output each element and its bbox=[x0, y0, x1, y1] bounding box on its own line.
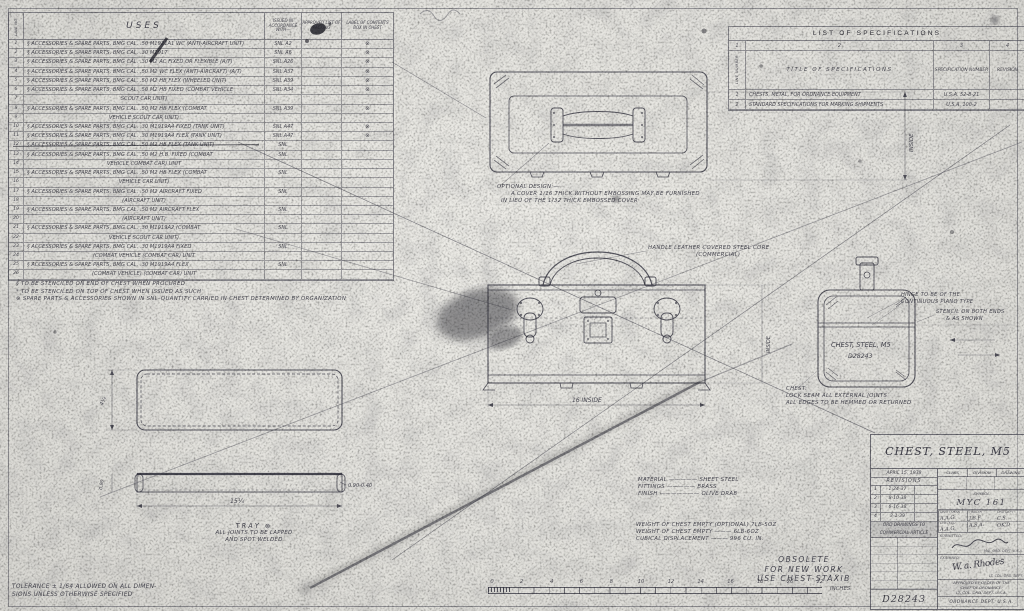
row-snl: SNL A2 bbox=[264, 40, 301, 48]
row-uses-text: (COMBAT VEHICLE (COMBAT CAR) UNIT bbox=[23, 252, 264, 260]
row-label-mark bbox=[341, 95, 393, 103]
row-snl: SNL bbox=[264, 151, 301, 159]
row-approved bbox=[301, 160, 341, 168]
table-row: 13 § ACCESSORIES & SPARE PARTS, BMG CAL.… bbox=[9, 151, 393, 160]
row-label-mark: ⊗ bbox=[341, 86, 393, 94]
row-snl: SNL A39 bbox=[264, 105, 301, 113]
revision-row: 2 8-10-38 bbox=[871, 495, 937, 504]
uses-table-header: LINE NO. USES ISSUED IN ACCORDANCE WITH—… bbox=[9, 13, 393, 40]
row-label-mark bbox=[341, 114, 393, 122]
row-snl bbox=[264, 160, 301, 168]
scale-bar-rule bbox=[488, 587, 822, 594]
row-uses-text: § ACCESSORIES & SPARE PARTS, BMG CAL. .5… bbox=[23, 141, 264, 149]
class-division-drawing-values bbox=[938, 477, 1024, 490]
uses-header: USES bbox=[23, 13, 264, 39]
table-row: 25 § ACCESSORIES & SPARE PARTS, BMG CAL.… bbox=[9, 261, 393, 270]
table-row: 15 § ACCESSORIES & SPARE PARTS, BMG CAL.… bbox=[9, 169, 393, 178]
side-stencil-line2: D28243 bbox=[848, 353, 873, 360]
row-number: 12 bbox=[9, 141, 23, 149]
row-uses-text: VEHICLE SCOUT CAR UNIT) bbox=[23, 114, 264, 122]
row-approved bbox=[301, 243, 341, 251]
row-uses-text: VEHICLE COMBAT CAR) UNIT bbox=[23, 160, 264, 168]
row-approved bbox=[301, 123, 341, 131]
chest-seam-note: CHEST: LOCK SEAM ALL EXTERNAL JOINTS ALL… bbox=[786, 386, 911, 407]
chest-side-view-drawing: CHEST, STEEL, M5 D28243 bbox=[798, 255, 1024, 405]
row-uses-text: VEHICLE CAR UNIT) bbox=[23, 178, 264, 186]
row-approved bbox=[301, 197, 341, 205]
department-label: ORDNANCE DEPT. U.S.A. bbox=[938, 597, 1024, 609]
side-stencil-line1: CHEST, STEEL, M5 bbox=[831, 341, 891, 349]
tolerance-note: TOLERANCE ± 1/64 ALLOWED ON ALL DIMEN- S… bbox=[12, 584, 157, 599]
title-block: CHEST, STEEL, M5 APRIL 15, 1938 REVISION… bbox=[870, 434, 1024, 610]
row-uses-text: § ACCESSORIES & SPARE PARTS, BMG CAL. .3… bbox=[23, 243, 264, 251]
ord-note: ORD DRAWINGS TO COMMERCIAL ARTICLE bbox=[871, 522, 937, 538]
row-number: 17 bbox=[9, 188, 23, 196]
row-number: 16 bbox=[9, 178, 23, 186]
row-number: 25 bbox=[9, 261, 23, 269]
row-label-mark bbox=[341, 169, 393, 177]
table-row: 20 (AIRCRAFT UNIT) bbox=[9, 215, 393, 224]
row-approved bbox=[301, 169, 341, 177]
row-snl bbox=[264, 114, 301, 122]
row-uses-text: § ACCESSORIES & SPARE PARTS, BMG CAL. .3… bbox=[23, 224, 264, 232]
table-row: 10 § ACCESSORIES & SPARE PARTS, BMG CAL.… bbox=[9, 123, 393, 132]
row-snl bbox=[264, 270, 301, 278]
row-number: 5 bbox=[9, 77, 23, 85]
signoff-cells: DRAFTSMAN A.A.G. TRACER J.B.F. ORD DEPT … bbox=[938, 510, 1024, 533]
optional-design-note: OPTIONAL DESIGN:— A COVER 1/16 THICK WIT… bbox=[497, 184, 700, 205]
row-uses-text: § ACCESSORIES & SPARE PARTS, BMG CAL. .3… bbox=[23, 123, 264, 131]
drawing-title: CHEST, STEEL, M5 bbox=[871, 435, 1024, 469]
approved-row: APPROVED BY ORDER OF THE CHIEF OF ORDNAN… bbox=[938, 580, 1024, 597]
spec-col-numbers: 1 2 3 4 bbox=[729, 41, 1024, 51]
row-number: 4 bbox=[9, 68, 23, 76]
row-number: 14 bbox=[9, 160, 23, 168]
row-uses-text: § ACCESSORIES & SPARE PARTS, BMG CAL. .5… bbox=[23, 188, 264, 196]
stencil-ends-note: STENCIL ON BOTH ENDS & AS SHOWN bbox=[936, 309, 1005, 323]
row-snl: SNL bbox=[264, 188, 301, 196]
signoff-cell: TRACER J.B.F. bbox=[967, 510, 996, 521]
row-snl: SNL bbox=[264, 261, 301, 269]
weight-note: WEIGHT OF CHEST EMPTY (OPTIONAL) 7LB-5OZ… bbox=[636, 522, 777, 543]
row-snl: SNL A39 bbox=[264, 77, 301, 85]
row-approved bbox=[301, 206, 341, 214]
row-uses-text: § ACCESSORIES & SPARE PARTS, BMG CAL. .5… bbox=[23, 206, 264, 214]
table-row: 6 § ACCESSORIES & SPARE PARTS, BMG CAL. … bbox=[9, 86, 393, 95]
row-snl: SNL A34 bbox=[264, 86, 301, 94]
row-label-mark: ⊗ bbox=[341, 123, 393, 131]
symbol-label: SYMBOL bbox=[938, 490, 1024, 497]
submitted-row: SUBMITTED: MAJ. ORD. DEPT. U.S.A. bbox=[938, 533, 1024, 555]
row-approved bbox=[301, 252, 341, 260]
row-uses-text: VEHICLE SCOUT CAR UNIT) bbox=[23, 234, 264, 242]
row-uses-text: § ACCESSORIES & SPARE PARTS, BMG CAL. .3… bbox=[23, 58, 264, 66]
drawing-number: D28243 bbox=[871, 590, 937, 609]
revisions-list: 1 1-24-37 2 8-10-38 3 6-16 bbox=[871, 486, 937, 522]
row-label-mark bbox=[341, 151, 393, 159]
row-approved bbox=[301, 49, 341, 57]
tray-width-dim-label: 4¼ bbox=[99, 396, 108, 407]
row-snl bbox=[264, 95, 301, 103]
row-label-mark: ⊗ bbox=[341, 105, 393, 113]
row-uses-text: SCOUT CAR UNIT) bbox=[23, 95, 264, 103]
row-label-mark bbox=[341, 261, 393, 269]
class-division-drawing-header: CLASS DIVISION DRAWING bbox=[938, 469, 1024, 477]
table-row: 7 SCOUT CAR UNIT) bbox=[9, 95, 393, 104]
row-label-mark bbox=[341, 215, 393, 223]
line-col-header: LINE NO. bbox=[14, 17, 19, 36]
tray-height-dim-label: 0.90 bbox=[98, 479, 106, 490]
front-side-dim-label: INSIDE bbox=[766, 335, 772, 353]
row-approved bbox=[301, 68, 341, 76]
row-label-mark bbox=[341, 197, 393, 205]
row-approved bbox=[301, 234, 341, 242]
row-label-mark: ⊗ bbox=[341, 77, 393, 85]
stencil-notes: § TO BE STENCILED ON END OF CHEST WHEN P… bbox=[16, 281, 346, 304]
table-row: 11 § ACCESSORIES & SPARE PARTS, BMG CAL.… bbox=[9, 132, 393, 141]
row-label-mark: ⊗ bbox=[341, 40, 393, 48]
row-label-mark bbox=[341, 160, 393, 168]
revisions-label: REVISIONS bbox=[871, 478, 937, 486]
row-snl: SNL bbox=[264, 169, 301, 177]
signoff-cell: ORD DEPT C.S. bbox=[996, 510, 1024, 521]
row-label-mark bbox=[341, 206, 393, 214]
row-approved bbox=[301, 105, 341, 113]
row-approved bbox=[301, 188, 341, 196]
row-snl: SNL bbox=[264, 141, 301, 149]
drawing-date: APRIL 15, 1938 bbox=[871, 469, 937, 478]
row-number: 10 bbox=[9, 123, 23, 131]
approved-header: APPROVED LIST OF PACKING bbox=[301, 13, 341, 39]
row-approved bbox=[301, 215, 341, 223]
title-block-left: APRIL 15, 1938 REVISIONS 1 1-24-37 2 8-1… bbox=[871, 469, 938, 609]
table-row: 1 § ACCESSORIES & SPARE PARTS, BMG CAL. … bbox=[9, 40, 393, 49]
row-snl: SNL bbox=[264, 224, 301, 232]
row-number: 9 bbox=[9, 114, 23, 122]
table-row: 16 VEHICLE CAR UNIT) bbox=[9, 178, 393, 187]
row-uses-text: § ACCESSORIES & SPARE PARTS, BMG CAL. .5… bbox=[23, 40, 264, 48]
row-snl bbox=[264, 252, 301, 260]
examined-row: EXAMINED: W. a. Rhodes LT. COL. ORD. DEP… bbox=[938, 555, 1024, 580]
row-approved bbox=[301, 224, 341, 232]
row-label-mark bbox=[341, 141, 393, 149]
row-label-mark bbox=[341, 252, 393, 260]
table-row: 14 VEHICLE COMBAT CAR) UNIT bbox=[9, 160, 393, 169]
row-snl bbox=[264, 197, 301, 205]
tray-drawing: 4¼ 15¼ 0.90 0.90-0.40 bbox=[88, 348, 400, 513]
row-uses-text: (AIRCRAFT UNIT) bbox=[23, 197, 264, 205]
row-approved bbox=[301, 132, 341, 140]
row-snl: SNL A6 bbox=[264, 49, 301, 57]
tray-caption: TRAY ⊗ ALL JOINTS TO BE LAPPED AND SPOT … bbox=[198, 523, 310, 544]
revision-row: 4 3-1-39 bbox=[871, 513, 937, 522]
table-row: 8 § ACCESSORIES & SPARE PARTS, BMG CAL. … bbox=[9, 105, 393, 114]
chest-front-view-drawing: 16 INSIDE INSIDE bbox=[440, 233, 785, 418]
table-row: 12 § ACCESSORIES & SPARE PARTS, BMG CAL.… bbox=[9, 141, 393, 150]
row-snl: SNL A47 bbox=[264, 132, 301, 140]
issued-header: ISSUED IN ACCORDANCE WITH— bbox=[264, 13, 301, 39]
row-number: 24 bbox=[9, 252, 23, 260]
row-approved bbox=[301, 86, 341, 94]
row-uses-text: § ACCESSORIES & SPARE PARTS, BMG CAL. .5… bbox=[23, 151, 264, 159]
row-number: 7 bbox=[9, 95, 23, 103]
row-number: 20 bbox=[9, 215, 23, 223]
handle-note: HANDLE LEATHER COVERED STEEL CORE (COMME… bbox=[648, 245, 769, 259]
row-number: 26 bbox=[9, 270, 23, 278]
signoff-cell: DRAFTSMAN A.A.G. bbox=[938, 510, 967, 521]
row-uses-text: (AIRCRAFT UNIT) bbox=[23, 215, 264, 223]
row-number: 23 bbox=[9, 243, 23, 251]
uses-table: LINE NO. USES ISSUED IN ACCORDANCE WITH—… bbox=[8, 12, 394, 281]
row-label-mark bbox=[341, 178, 393, 186]
row-number: 3 bbox=[9, 58, 23, 66]
row-snl: SNL bbox=[264, 243, 301, 251]
row-uses-text: § ACCESSORIES & SPARE PARTS, BMG CAL. .3… bbox=[23, 132, 264, 140]
row-number: 2 bbox=[9, 49, 23, 57]
table-row: 2 § ACCESSORIES & SPARE PARTS, BMG CAL. … bbox=[9, 49, 393, 58]
scale-bar: 0246810121416182022 INCHES bbox=[488, 579, 868, 594]
table-row: 4 § ACCESSORIES & SPARE PARTS, BMG CAL. … bbox=[9, 68, 393, 77]
row-uses-text: § ACCESSORIES & SPARE PARTS, BMG CAL. .3… bbox=[23, 261, 264, 269]
row-label-mark bbox=[341, 224, 393, 232]
scale-unit-label: INCHES bbox=[830, 586, 850, 592]
row-label-mark bbox=[341, 234, 393, 242]
row-approved bbox=[301, 261, 341, 269]
uses-table-body: 1 § ACCESSORIES & SPARE PARTS, BMG CAL. … bbox=[9, 40, 393, 280]
signoff-cell: A.S.A. bbox=[967, 521, 996, 532]
row-label-mark bbox=[341, 188, 393, 196]
row-number: 19 bbox=[9, 206, 23, 214]
row-snl bbox=[264, 178, 301, 186]
table-row: 24 (COMBAT VEHICLE (COMBAT CAR) UNIT bbox=[9, 252, 393, 261]
title-block-right: CLASS DIVISION DRAWING SYMBOL MYC 161 DR… bbox=[938, 469, 1024, 609]
top-view-inside-label: INSIDE bbox=[909, 133, 915, 152]
table-row: 21 § ACCESSORIES & SPARE PARTS, BMG CAL.… bbox=[9, 224, 393, 233]
row-uses-text: § ACCESSORIES & SPARE PARTS, BMG CAL. .5… bbox=[23, 68, 264, 76]
table-row: 5 § ACCESSORIES & SPARE PARTS, BMG CAL. … bbox=[9, 77, 393, 86]
scale-bar-hatch bbox=[488, 587, 510, 592]
row-uses-text: § ACCESSORIES & SPARE PARTS, BMG CAL. .5… bbox=[23, 77, 264, 85]
row-approved bbox=[301, 58, 341, 66]
table-row: 18 (AIRCRAFT UNIT) bbox=[9, 197, 393, 206]
symbol-value: MYC 161 bbox=[938, 497, 1024, 510]
revision-row: 3 6-16-38 bbox=[871, 504, 937, 513]
table-row: 26 (COMBAT VEHICLE) (COMBAT CAR) UNIT bbox=[9, 270, 393, 279]
table-row: 19 § ACCESSORIES & SPARE PARTS, BMG CAL.… bbox=[9, 206, 393, 215]
material-note: MATERIAL ————— SHEET STEEL FITTINGS ————… bbox=[638, 477, 739, 498]
row-label-mark: ⊗ bbox=[341, 68, 393, 76]
row-uses-text: § ACCESSORIES & SPARE PARTS, BMG CAL. .5… bbox=[23, 86, 264, 94]
row-label-mark: ⊗ bbox=[341, 58, 393, 66]
table-row: 23 § ACCESSORIES & SPARE PARTS, BMG CAL.… bbox=[9, 243, 393, 252]
row-number: 11 bbox=[9, 132, 23, 140]
blueprint-page: LINE NO. USES ISSUED IN ACCORDANCE WITH—… bbox=[0, 0, 1024, 611]
tray-length-dim-label: 15¼ bbox=[230, 498, 244, 505]
row-number: 22 bbox=[9, 234, 23, 242]
label-header: LABEL OF CONTENTS BOX IN CHEST bbox=[341, 13, 393, 39]
table-row: 17 § ACCESSORIES & SPARE PARTS, BMG CAL.… bbox=[9, 188, 393, 197]
row-approved bbox=[301, 40, 341, 48]
row-approved bbox=[301, 178, 341, 186]
row-approved bbox=[301, 151, 341, 159]
front-width-dim-label: 16 INSIDE bbox=[572, 397, 602, 404]
tray-gauge-label: 0.90-0.40 bbox=[348, 483, 372, 489]
row-snl: SNL bbox=[264, 206, 301, 214]
empty-revision-grid bbox=[871, 538, 937, 590]
scale-tick-labels: 0246810121416182022 bbox=[488, 579, 824, 587]
row-label-mark bbox=[341, 243, 393, 251]
revision-row: 1 1-24-37 bbox=[871, 486, 937, 495]
row-approved bbox=[301, 95, 341, 103]
row-snl bbox=[264, 234, 301, 242]
row-approved bbox=[301, 77, 341, 85]
signoff-cell: CHECKED A.A.G. bbox=[938, 521, 967, 532]
row-uses-text: § ACCESSORIES & SPARE PARTS, BMG CAL. .3… bbox=[23, 49, 264, 57]
row-snl: SNL A37 bbox=[264, 68, 301, 76]
row-number: 21 bbox=[9, 224, 23, 232]
row-uses-text: § ACCESSORIES & SPARE PARTS, BMG CAL. .5… bbox=[23, 105, 264, 113]
row-label-mark: ⊗ bbox=[341, 49, 393, 57]
row-snl bbox=[264, 215, 301, 223]
signoff-cell: OK'D bbox=[996, 521, 1024, 532]
table-row: 22 VEHICLE SCOUT CAR UNIT) bbox=[9, 234, 393, 243]
table-row: 3 § ACCESSORIES & SPARE PARTS, BMG CAL. … bbox=[9, 58, 393, 67]
row-number: 15 bbox=[9, 169, 23, 177]
row-snl: SNL A26 bbox=[264, 58, 301, 66]
row-label-mark bbox=[341, 270, 393, 278]
spec-table-title: LIST OF SPECIFICATIONS bbox=[729, 27, 1024, 41]
row-number: 13 bbox=[9, 151, 23, 159]
row-label-mark: ⊗ bbox=[341, 132, 393, 140]
row-approved bbox=[301, 114, 341, 122]
row-approved bbox=[301, 270, 341, 278]
hinge-note: HINGE TO BE OF THE CONTINUOUS PIANO TYPE bbox=[901, 292, 973, 306]
row-snl: SNL A47 bbox=[264, 123, 301, 131]
row-uses-text: (COMBAT VEHICLE) (COMBAT CAR) UNIT bbox=[23, 270, 264, 278]
row-uses-text: § ACCESSORIES & SPARE PARTS, BMG CAL. .5… bbox=[23, 169, 264, 177]
row-number: 1 bbox=[9, 40, 23, 48]
row-approved bbox=[301, 141, 341, 149]
row-number: 18 bbox=[9, 197, 23, 205]
row-number: 6 bbox=[9, 86, 23, 94]
table-row: 9 VEHICLE SCOUT CAR UNIT) bbox=[9, 114, 393, 123]
row-number: 8 bbox=[9, 105, 23, 113]
